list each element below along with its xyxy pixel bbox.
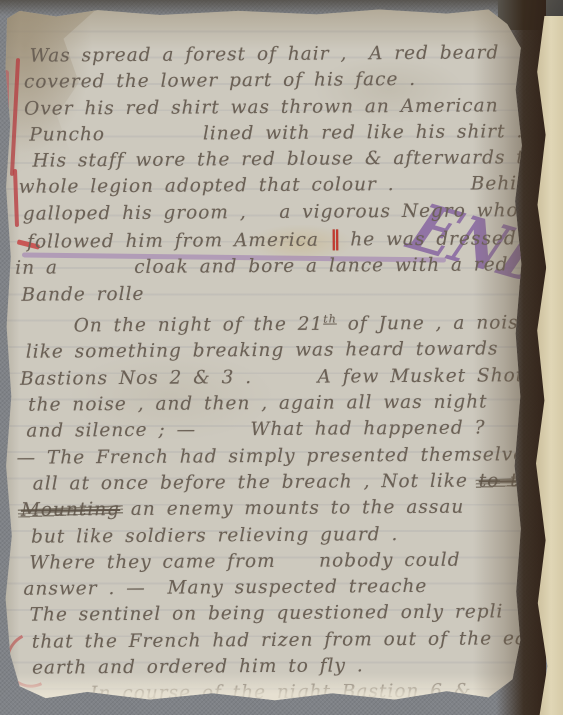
manuscript-line: like something breaking was heard toward…	[26, 337, 525, 367]
photograph-scene: END Was spread a forest of hair , A red …	[0, 0, 563, 715]
line-text: all at once before the breach , Not like	[33, 470, 479, 494]
manuscript-line: Was spread a forest of hair , A red bear…	[30, 40, 523, 70]
manuscript-line: Where they came from nobody could	[29, 547, 525, 577]
line-text: On the night of the 21	[74, 314, 324, 337]
manuscript-line: His staff wore the red blouse & afterwar…	[32, 145, 523, 175]
manuscript-line: On the night of the 21th of June , a noi…	[74, 305, 525, 340]
ordinal-superscript: th	[323, 312, 337, 325]
line-text: followed him from America	[27, 230, 330, 253]
manuscript-line: galloped his groom , a vigorous Negro wh…	[23, 198, 524, 228]
manuscript-line: In course of the night Bastion 6 &	[90, 678, 525, 703]
manuscript-line: covered the lower part of his face .	[24, 66, 523, 96]
manuscript-line: — The French had simply presented themse…	[16, 442, 525, 472]
manuscript-line: whole legion adopted that colour . Behin…	[19, 172, 524, 202]
manuscript-line: earth and ordered him to fly .	[32, 652, 525, 682]
manuscript-line: The sentinel on being questioned only re…	[30, 600, 525, 630]
manuscript-line: the noise , and then , again all was nig…	[28, 389, 525, 419]
manuscript-line: but like soldiers relieving guard .	[31, 521, 525, 551]
manuscript-line: all at once before the breach , Not like…	[33, 468, 525, 498]
line-text: of June , a noise	[337, 312, 525, 334]
manuscript-line: Mounting an enemy mounts to the assau	[21, 494, 525, 524]
manuscript-line: answer . — Many suspected treache	[23, 573, 525, 603]
manuscript-line: in a cloak and bore a lance with a red	[15, 253, 524, 283]
manuscript-line: followed him from America ‖ he was dress…	[27, 224, 524, 256]
line-text: an enemy mounts to the assau	[120, 497, 464, 520]
manuscript-page: END Was spread a forest of hair , A red …	[4, 6, 525, 703]
manuscript-line: that the French had rizen from out of th…	[32, 626, 525, 656]
line-text: he was dressed	[339, 228, 516, 250]
manuscript-line: and silence ; — What had happened ?	[26, 415, 525, 445]
manuscript-line: Bande rolle	[21, 279, 524, 309]
manuscript-line: Puncho lined with red like his shirt .	[29, 119, 523, 149]
struck-word: Mounting	[21, 497, 120, 524]
manuscript-line: Bastions Nos 2 & 3 . A few Musket Shots …	[20, 363, 525, 393]
manuscript-line: Over his red shirt was thrown an America…	[24, 93, 523, 123]
manuscript-text: Was spread a forest of hair , A red bear…	[4, 40, 525, 703]
